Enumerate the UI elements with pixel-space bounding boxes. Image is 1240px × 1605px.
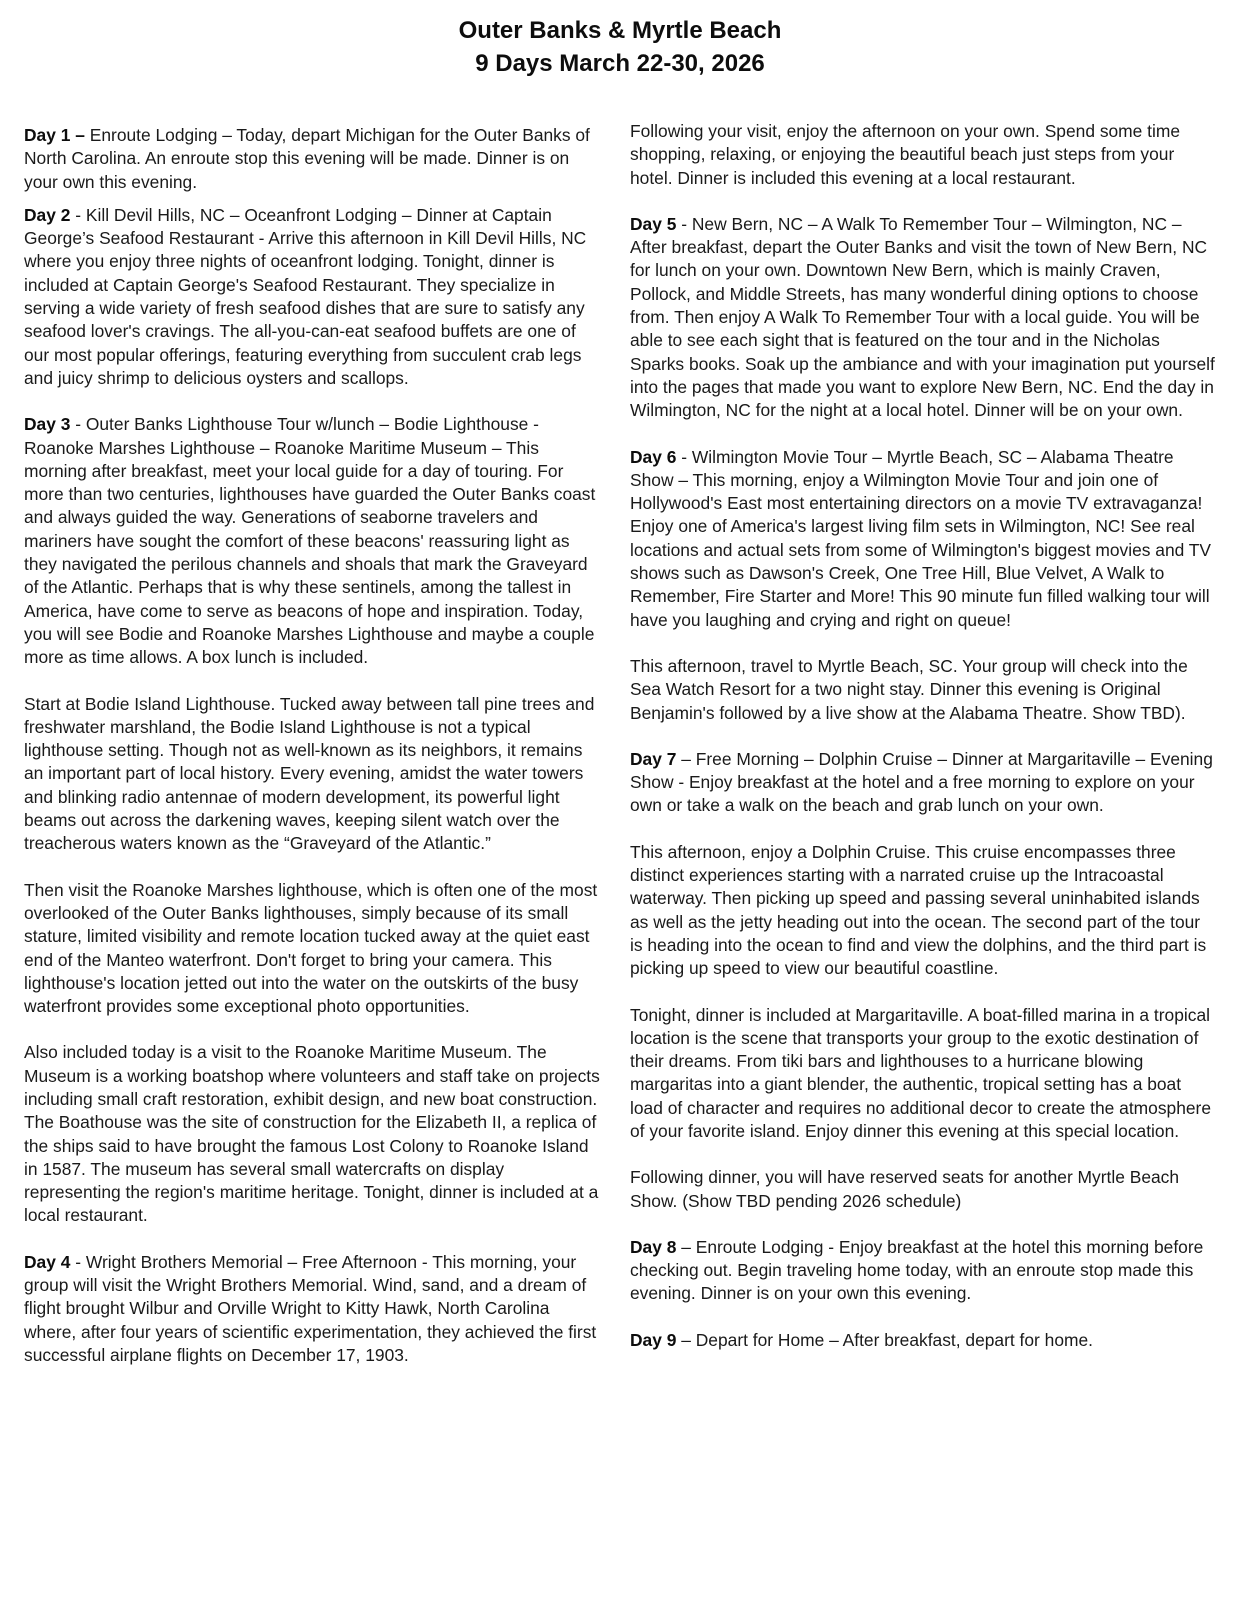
day-2-text: - Kill Devil Hills, NC – Oceanfront Lodg… — [24, 205, 586, 388]
day-4-paragraph: Day 4 - Wright Brothers Memorial – Free … — [24, 1251, 602, 1367]
day-9-text: – Depart for Home – After breakfast, dep… — [676, 1330, 1093, 1350]
document-title: Outer Banks & Myrtle Beach — [0, 14, 1240, 47]
day-9-label: Day 9 — [630, 1330, 676, 1350]
day-7-text: – Free Morning – Dolphin Cruise – Dinner… — [630, 749, 1213, 816]
day-1-paragraph: Day 1 – Enroute Lodging – Today, depart … — [24, 124, 602, 194]
day-1-label: Day 1 – — [24, 125, 85, 145]
day-6-text: - Wilmington Movie Tour – Myrtle Beach, … — [630, 447, 1211, 630]
day-4-continued-paragraph: Following your visit, enjoy the afternoo… — [630, 120, 1215, 190]
day-5-label: Day 5 — [630, 214, 676, 234]
day-4-text: - Wright Brothers Memorial – Free Aftern… — [24, 1252, 596, 1365]
day-3-label: Day 3 — [24, 414, 70, 434]
document-header: Outer Banks & Myrtle Beach 9 Days March … — [0, 14, 1240, 80]
day-3-museum-paragraph: Also included today is a visit to the Ro… — [24, 1041, 602, 1227]
day-6-label: Day 6 — [630, 447, 676, 467]
day-3-roanoke-paragraph: Then visit the Roanoke Marshes lighthous… — [24, 879, 602, 1019]
day-2-label: Day 2 — [24, 205, 70, 225]
day-7-dinner-paragraph: Tonight, dinner is included at Margarita… — [630, 1004, 1215, 1144]
day-6-afternoon-paragraph: This afternoon, travel to Myrtle Beach, … — [630, 655, 1215, 725]
itinerary-right-column: Following your visit, enjoy the afternoo… — [630, 120, 1215, 1375]
day-6-paragraph: Day 6 - Wilmington Movie Tour – Myrtle B… — [630, 446, 1215, 632]
day-8-paragraph: Day 8 – Enroute Lodging - Enjoy breakfas… — [630, 1236, 1215, 1306]
day-5-text: - New Bern, NC – A Walk To Remember Tour… — [630, 214, 1215, 420]
day-9-paragraph: Day 9 – Depart for Home – After breakfas… — [630, 1329, 1215, 1352]
day-7-paragraph: Day 7 – Free Morning – Dolphin Cruise – … — [630, 748, 1215, 818]
day-8-label: Day 8 — [630, 1237, 676, 1257]
document-subtitle: 9 Days March 22-30, 2026 — [0, 47, 1240, 80]
day-4-label: Day 4 — [24, 1252, 70, 1272]
day-1-text: Enroute Lodging – Today, depart Michigan… — [24, 125, 590, 192]
day-2-paragraph: Day 2 - Kill Devil Hills, NC – Oceanfron… — [24, 204, 602, 390]
day-7-label: Day 7 — [630, 749, 676, 769]
day-3-paragraph: Day 3 - Outer Banks Lighthouse Tour w/lu… — [24, 413, 602, 669]
day-8-text: – Enroute Lodging - Enjoy breakfast at t… — [630, 1237, 1203, 1304]
day-7-show-paragraph: Following dinner, you will have reserved… — [630, 1166, 1215, 1213]
day-7-cruise-paragraph: This afternoon, enjoy a Dolphin Cruise. … — [630, 841, 1215, 981]
itinerary-left-column: Day 1 – Enroute Lodging – Today, depart … — [24, 124, 602, 1390]
day-5-paragraph: Day 5 - New Bern, NC – A Walk To Remembe… — [630, 213, 1215, 423]
day-3-bodie-paragraph: Start at Bodie Island Lighthouse. Tucked… — [24, 693, 602, 856]
day-3-text: - Outer Banks Lighthouse Tour w/lunch – … — [24, 414, 595, 667]
